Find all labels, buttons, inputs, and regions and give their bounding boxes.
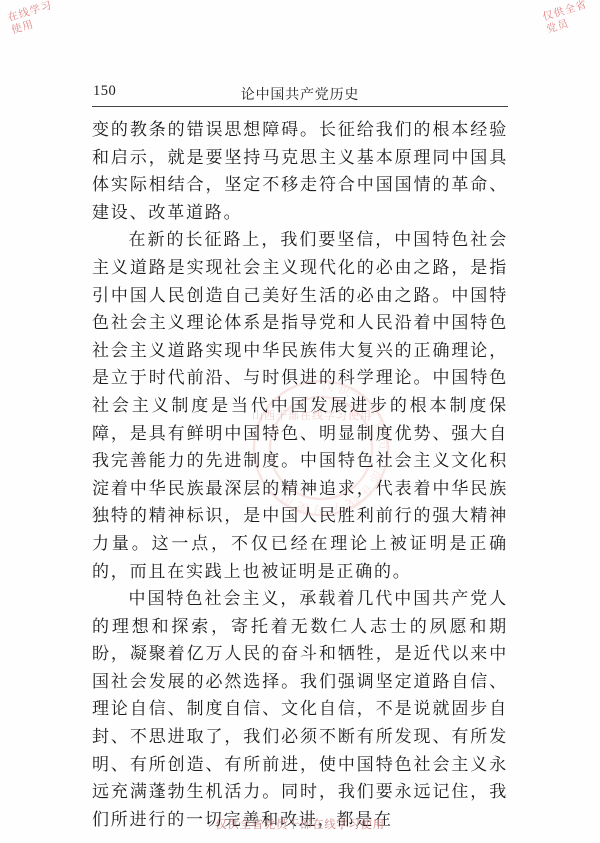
paragraph: 在新的长征路上，我们要坚信，中国特色社会主义道路是实现社会主义现代化的必由之路，… [92, 226, 508, 585]
paragraph: 中国特色社会主义，承载着几代中国共产党人的理想和探索，寄托着无数仁人志士的夙愿和… [92, 585, 508, 833]
book-page: 在线学习使用 仅供全省党员 150 论中国共产党历史 仅供全省党员干部在线学习使… [0, 0, 600, 843]
watermark-fragment-top-left: 在线学习使用 [6, 0, 60, 37]
watermark-fragment-top-right: 仅供全省党员 [541, 0, 596, 37]
page-header: 150 论中国共产党历史 [92, 82, 508, 107]
paragraph: 变的教条的错误思想障碍。长征给我们的根本经验和启示，就是要坚持马克思主义基本原理… [92, 116, 508, 226]
body-text: 变的教条的错误思想障碍。长征给我们的根本经验和启示，就是要坚持马克思主义基本原理… [92, 116, 508, 833]
header-title: 论中国共产党历史 [92, 84, 508, 104]
